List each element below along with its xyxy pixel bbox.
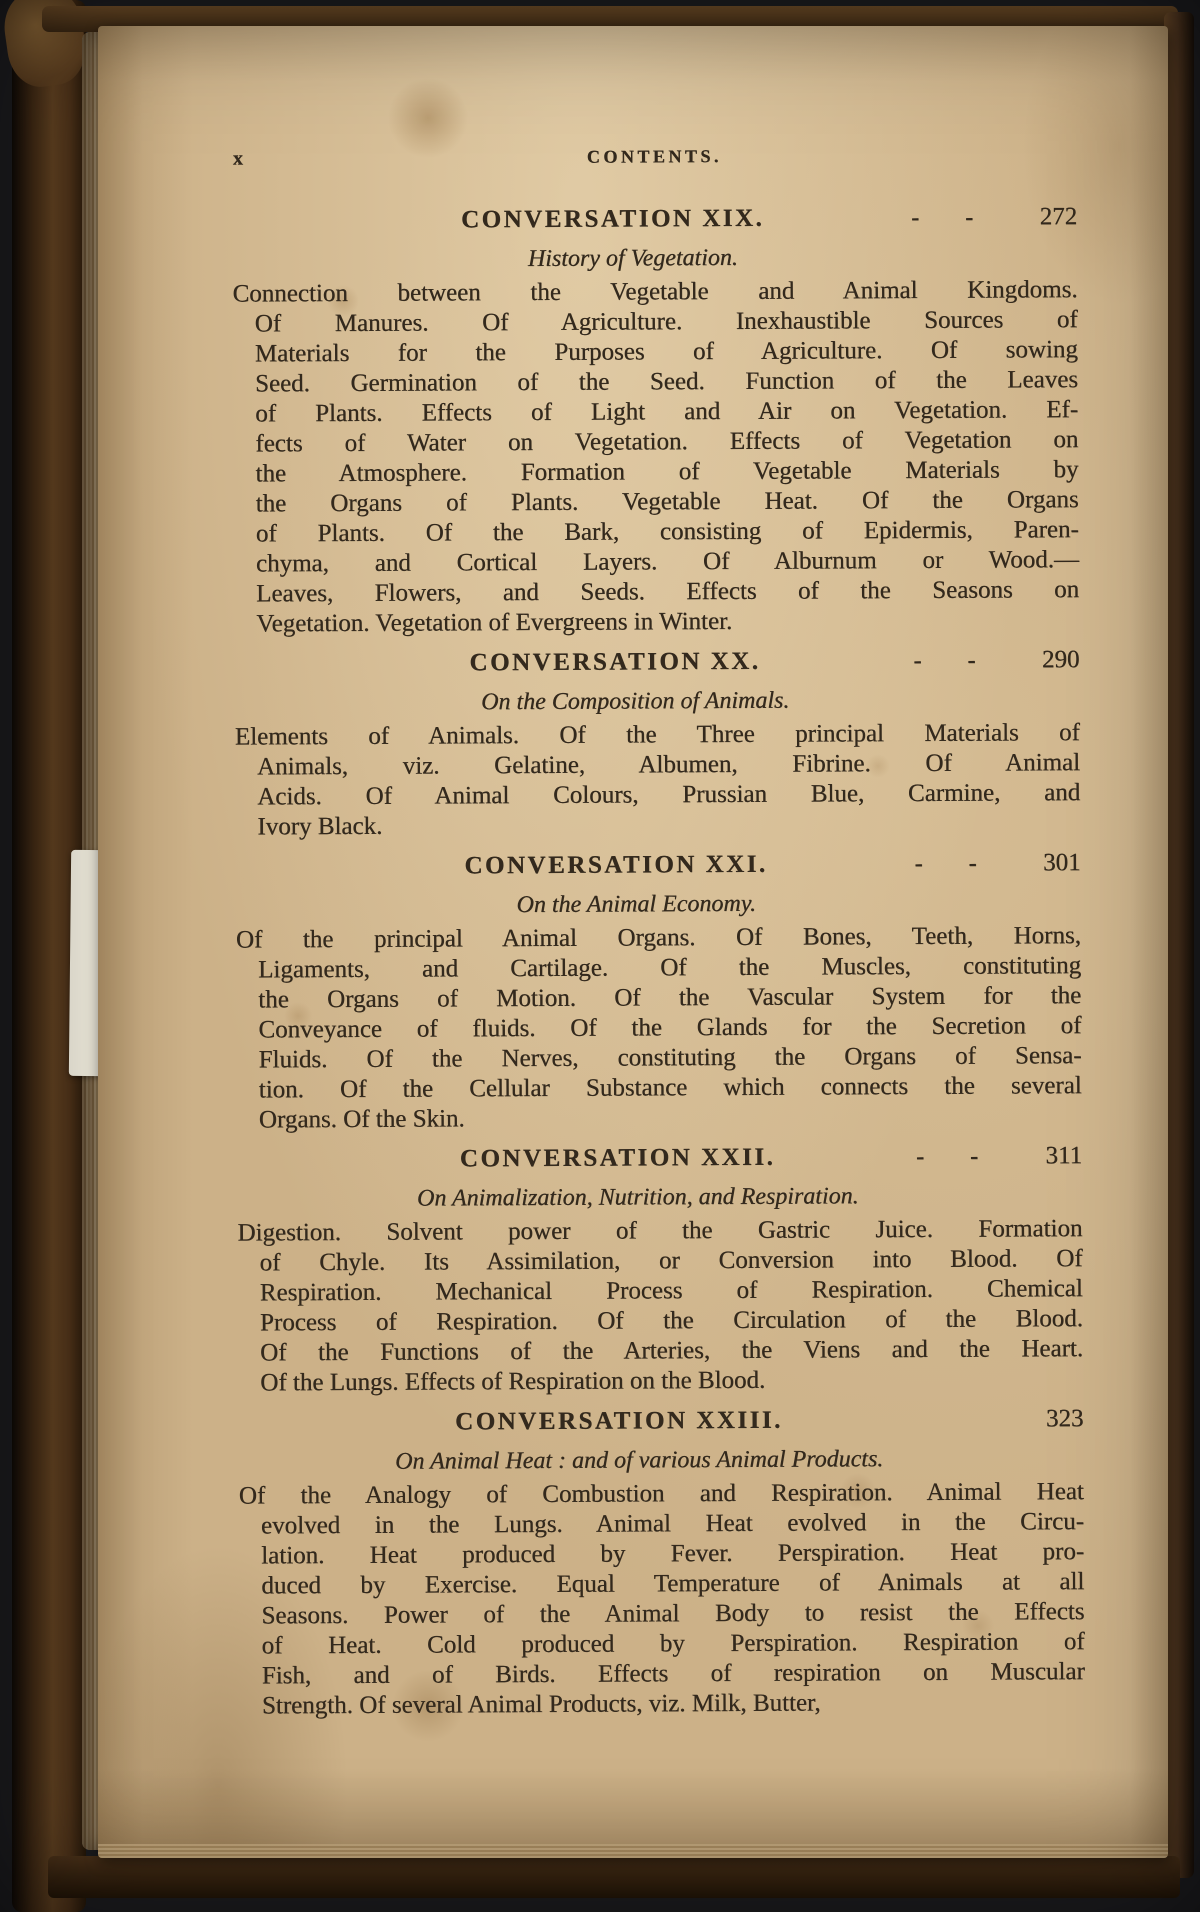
summary-line: duced by Exercise. Equal Temperature of … (239, 1567, 1084, 1601)
conversation-subtitle: On the Animal Economy. (236, 886, 1081, 923)
conversation-page-number: 323 (1025, 1403, 1083, 1435)
summary-line: Strength. Of several Animal Products, vi… (240, 1687, 1085, 1721)
summary-line: Ivory Black. (235, 808, 1080, 842)
summary-line: of Chyle. Its Assimilation, or Conversio… (238, 1244, 1083, 1278)
conversation-summary: Connection between the Vegetable and Ani… (232, 275, 1079, 639)
conversation-title: CONVERSATION XX. (234, 645, 995, 681)
conversation-page-number: 272 (1019, 201, 1077, 233)
summary-line: Conveyance of fluids. Of the Glands for … (236, 1011, 1081, 1045)
summary-line: the Organs of Motion. Of the Vascular Sy… (236, 981, 1081, 1015)
summary-line: of Plants. Of the Bark, consisting of Ep… (234, 515, 1079, 549)
summary-line: Organs. Of the Skin. (237, 1101, 1082, 1135)
summary-line: lation. Heat produced by Fever. Perspira… (239, 1537, 1084, 1571)
conversation-heading: CONVERSATION XXIII.323 (238, 1403, 1083, 1439)
conversation-subtitle: On the Composition of Animals. (235, 683, 1080, 720)
summary-line: Respiration. Mechanical Process of Respi… (238, 1274, 1083, 1308)
summary-line: of Plants. Effects of Light and Air on V… (233, 395, 1078, 429)
conversation-page-number: 290 (1021, 644, 1079, 676)
conversation-subtitle: On Animal Heat : and of various Animal P… (239, 1442, 1084, 1479)
summary-line: fects of Water on Vegetation. Effects of… (233, 425, 1078, 459)
summary-line: of Heat. Cold produced by Perspiration. … (240, 1627, 1085, 1661)
conversation-subtitle: History of Vegetation. (232, 240, 1077, 277)
summary-line: Of Manures. Of Agriculture. Inexhaustibl… (233, 305, 1078, 339)
leader-dash: - (916, 1141, 924, 1173)
leader-dash: - (967, 645, 975, 677)
leader-dash: - (968, 848, 976, 880)
conversation-title: CONVERSATION XXI. (235, 848, 996, 884)
scanned-book-photo: x CONTENTS. CONVERSATION XIX.--272Histor… (0, 0, 1200, 1912)
summary-line: Acids. Of Animal Colours, Prussian Blue,… (235, 778, 1080, 812)
summary-line: Fish, and of Birds. Effects of respirati… (240, 1657, 1085, 1691)
conversation-summary: Of the principal Animal Organs. Of Bones… (236, 921, 1082, 1135)
summary-line: the Atmosphere. Formation of Vegetable M… (233, 455, 1078, 489)
conversation-heading: CONVERSATION XXI.--301 (235, 847, 1080, 883)
summary-line: Seed. Germination of the Seed. Function … (233, 365, 1078, 399)
summary-line: Elements of Animals. Of the Three princi… (235, 718, 1080, 752)
conversation-heading: CONVERSATION XX.--290 (234, 644, 1079, 680)
leader-dash: - (911, 202, 919, 234)
conversation-heading: CONVERSATION XXII.--311 (237, 1140, 1082, 1176)
running-head-contents: CONTENTS. (232, 144, 1077, 169)
summary-line: Animals, viz. Gelatine, Albumen, Fibrine… (235, 748, 1080, 782)
summary-line: Materials for the Purposes of Agricultur… (233, 335, 1078, 369)
conversation-page-ref: --272 (911, 201, 1077, 234)
conversation-title: CONVERSATION XXII. (237, 1141, 998, 1177)
conversation-summary: Digestion. Solvent power of the Gastric … (237, 1214, 1083, 1398)
conversation-subtitle: On Animalization, Nutrition, and Respira… (237, 1179, 1082, 1216)
conversation-title: CONVERSATION XXIII. (238, 1404, 999, 1440)
book-cover-bottom-edge (48, 1856, 1180, 1898)
summary-line: Digestion. Solvent power of the Gastric … (237, 1214, 1082, 1248)
printed-area: x CONTENTS. CONVERSATION XIX.--272Histor… (94, 23, 1174, 1861)
summary-line: Fluids. Of the Nerves, constituting the … (236, 1041, 1081, 1075)
conversation-page-ref: --301 (914, 847, 1080, 880)
conversation-heading: CONVERSATION XIX.--272 (232, 201, 1077, 237)
conversation-page-number: 311 (1024, 1140, 1082, 1172)
conversation-page-ref: --290 (913, 644, 1079, 677)
conversation-title: CONVERSATION XIX. (232, 202, 993, 238)
summary-line: chyma, and Cortical Layers. Of Alburnum … (234, 545, 1079, 579)
leader-dash: - (970, 1141, 978, 1173)
summary-line: Leaves, Flowers, and Seeds. Effects of t… (234, 575, 1079, 609)
summary-line: Process of Respiration. Of the Circulati… (238, 1304, 1083, 1338)
conversation-summary: Elements of Animals. Of the Three princi… (235, 718, 1081, 842)
conversation-summary: Of the Analogy of Combustion and Respira… (239, 1477, 1085, 1721)
book-page: x CONTENTS. CONVERSATION XIX.--272Histor… (98, 26, 1168, 1858)
summary-line: the Organs of Plants. Vegetable Heat. Of… (234, 485, 1079, 519)
summary-line: tion. Of the Cellular Substance which co… (237, 1071, 1082, 1105)
summary-line: Of the Analogy of Combustion and Respira… (239, 1477, 1084, 1511)
summary-line: Of the Functions of the Arteries, the Vi… (238, 1334, 1083, 1368)
summary-line: Vegetation. Vegetation of Evergreens in … (234, 605, 1079, 639)
summary-line: Ligaments, and Cartilage. Of the Muscles… (236, 951, 1081, 985)
conversation-page-number: 301 (1022, 847, 1080, 879)
table-of-contents: CONVERSATION XIX.--272History of Vegetat… (232, 201, 1085, 1721)
leader-dash: - (965, 202, 973, 234)
summary-line: Connection between the Vegetable and Ani… (232, 275, 1077, 309)
summary-line: Of the principal Animal Organs. Of Bones… (236, 921, 1081, 955)
conversation-page-ref: --311 (916, 1140, 1082, 1173)
summary-line: Of the Lungs. Effects of Respiration on … (238, 1364, 1083, 1398)
leader-dash: - (913, 645, 921, 677)
conversation-page-ref: 323 (1025, 1403, 1083, 1435)
leader-dash: - (914, 848, 922, 880)
summary-line: evolved in the Lungs. Animal Heat evolve… (239, 1507, 1084, 1541)
summary-line: Seasons. Power of the Animal Body to res… (239, 1597, 1084, 1631)
